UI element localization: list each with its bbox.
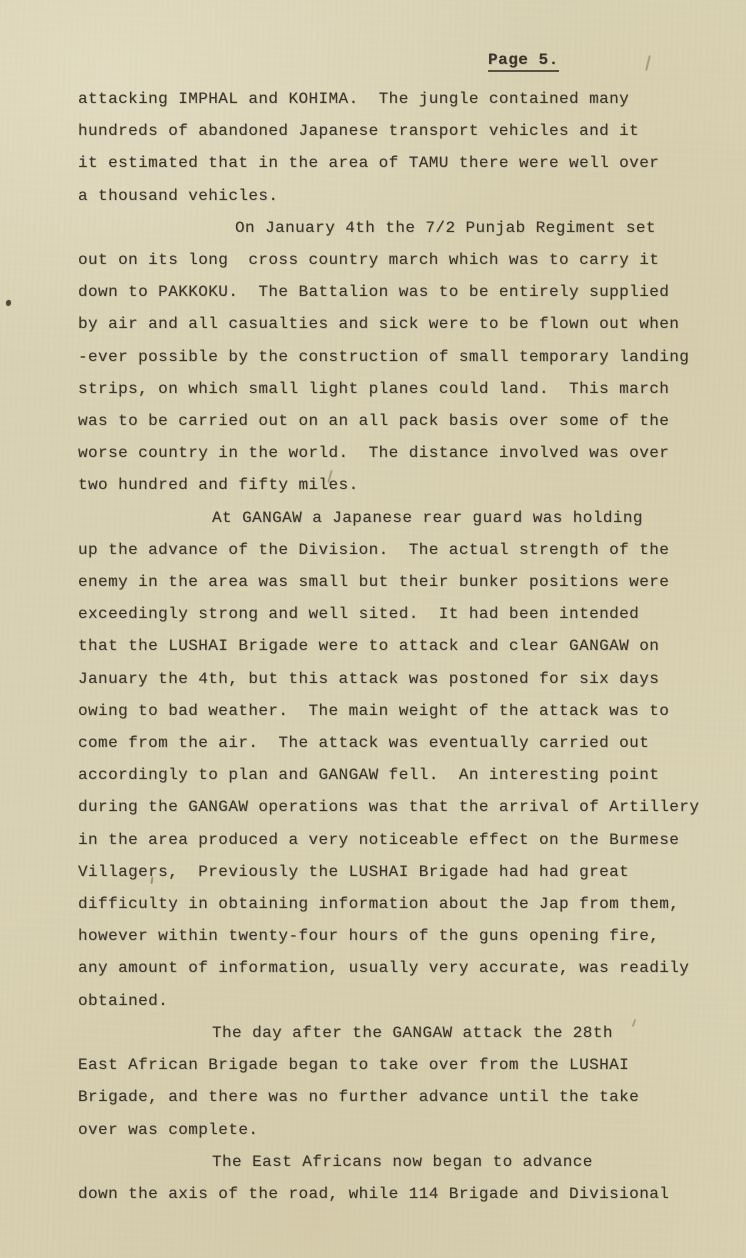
document-line: in the area produced a very noticeable e…	[78, 824, 738, 856]
document-line: a thousand vehicles.	[78, 180, 738, 212]
document-line: attacking IMPHAL and KOHIMA. The jungle …	[78, 83, 738, 115]
document-line: On January 4th the 7/2 Punjab Regiment s…	[78, 212, 738, 244]
ink-speck	[6, 300, 11, 306]
document-line: owing to bad weather. The main weight of…	[78, 695, 738, 727]
document-line: At GANGAW a Japanese rear guard was hold…	[78, 502, 738, 534]
document-line: January the 4th, but this attack was pos…	[78, 663, 738, 695]
pen-mark	[645, 55, 651, 71]
document-line: that the LUSHAI Brigade were to attack a…	[78, 630, 738, 662]
document-line: worse country in the world. The distance…	[78, 437, 738, 469]
document-line: -ever possible by the construction of sm…	[78, 341, 738, 373]
document-line: two hundred and fifty miles.	[78, 469, 738, 501]
document-line: down to PAKKOKU. The Battalion was to be…	[78, 276, 738, 308]
document-line: accordingly to plan and GANGAW fell. An …	[78, 759, 738, 791]
document-line: it estimated that in the area of TAMU th…	[78, 147, 738, 179]
document-line: enemy in the area was small but their bu…	[78, 566, 738, 598]
document-line: during the GANGAW operations was that th…	[78, 791, 738, 823]
document-line: hundreds of abandoned Japanese transport…	[78, 115, 738, 147]
document-page: Page 5. attacking IMPHAL and KOHIMA. The…	[0, 0, 746, 1258]
document-line: any amount of information, usually very …	[78, 952, 738, 984]
document-line: however within twenty-four hours of the …	[78, 920, 738, 952]
document-line: come from the air. The attack was eventu…	[78, 727, 738, 759]
document-line: difficulty in obtaining information abou…	[78, 888, 738, 920]
document-line: East African Brigade began to take over …	[78, 1049, 738, 1081]
document-line: exceedingly strong and well sited. It ha…	[78, 598, 738, 630]
document-line: by air and all casualties and sick were …	[78, 308, 738, 340]
document-line: up the advance of the Division. The actu…	[78, 534, 738, 566]
document-line: Brigade, and there was no further advanc…	[78, 1081, 738, 1113]
document-line: out on its long cross country march whic…	[78, 244, 738, 276]
document-line: Villagers, Previously the LUSHAI Brigade…	[78, 856, 738, 888]
page-number-label: Page 5.	[488, 51, 559, 72]
document-line: down the axis of the road, while 114 Bri…	[78, 1178, 738, 1210]
document-line: The day after the GANGAW attack the 28th	[78, 1017, 738, 1049]
document-line: strips, on which small light planes coul…	[78, 373, 738, 405]
document-line: was to be carried out on an all pack bas…	[78, 405, 738, 437]
document-body: attacking IMPHAL and KOHIMA. The jungle …	[78, 83, 738, 1210]
document-line: The East Africans now began to advance	[78, 1146, 738, 1178]
document-line: over was complete.	[78, 1114, 738, 1146]
document-line: obtained.	[78, 985, 738, 1017]
